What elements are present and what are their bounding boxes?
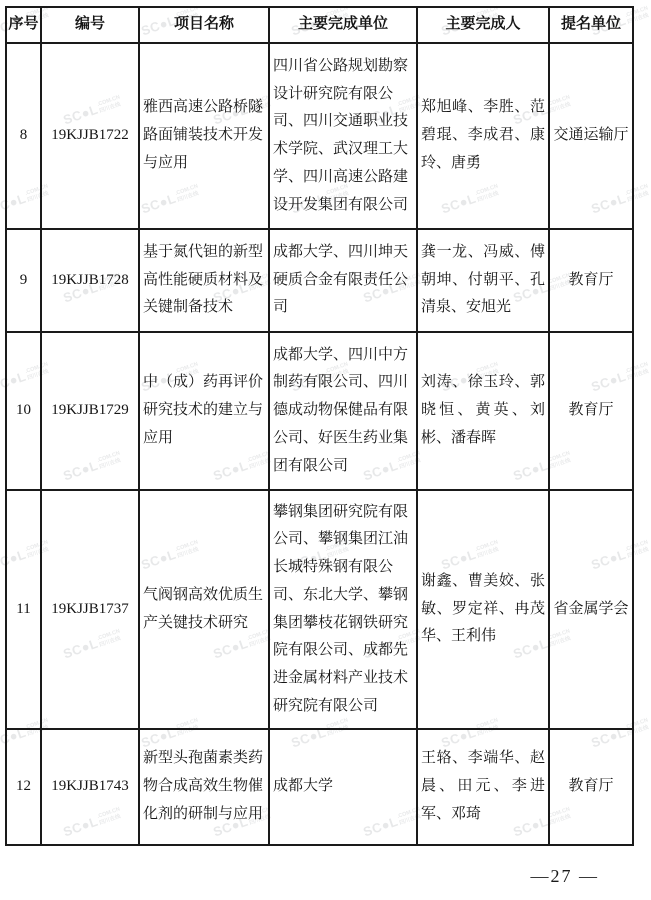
column-header-ppl: 主要完成人 <box>417 7 549 43</box>
cell-project: 基于氮代钽的新型高性能硬质材料及关键制备技术 <box>139 229 269 332</box>
table-row: 1019KJJB1729中（成）药再评价研究技术的建立与应用成都大学、四川中方制… <box>6 332 633 490</box>
cell-code: 19KJJB1722 <box>41 43 139 229</box>
cell-project: 雅西高速公路桥隧路面铺装技术开发与应用 <box>139 43 269 229</box>
table-row: 1219KJJB1743新型头孢菌素类药物合成高效生物催化剂的研制与应用成都大学… <box>6 729 633 845</box>
table-row: 819KJJB1722雅西高速公路桥隧路面铺装技术开发与应用四川省公路规划勘察设… <box>6 43 633 229</box>
cell-code: 19KJJB1729 <box>41 332 139 490</box>
page-number: —27 — <box>531 866 600 887</box>
award-table: 序号编号项目名称主要完成单位主要完成人提名单位 819KJJB1722雅西高速公… <box>5 6 634 846</box>
cell-units: 四川省公路规划勘察设计研究院有限公司、四川交通职业技术学院、武汉理工大学、四川高… <box>269 43 417 229</box>
cell-nominator: 省金属学会 <box>549 490 633 729</box>
cell-units: 攀钢集团研究院有限公司、攀钢集团江油长城特殊钢有限公司、东北大学、攀钢集团攀枝花… <box>269 490 417 729</box>
column-header-unit: 主要完成单位 <box>269 7 417 43</box>
table-row: 1119KJJB1737气阀钢高效优质生产关键技术研究攀钢集团研究院有限公司、攀… <box>6 490 633 729</box>
cell-nominator: 交通运输厅 <box>549 43 633 229</box>
table-header-row: 序号编号项目名称主要完成单位主要完成人提名单位 <box>6 7 633 43</box>
cell-nominator: 教育厅 <box>549 332 633 490</box>
table-row: 919KJJB1728基于氮代钽的新型高性能硬质材料及关键制备技术成都大学、四川… <box>6 229 633 332</box>
cell-nominator: 教育厅 <box>549 729 633 845</box>
document-page: SC●L.COM.CN四川在线SC●L.COM.CN四川在线SC●L.COM.C… <box>0 0 651 900</box>
column-header-code: 编号 <box>41 7 139 43</box>
column-header-proj: 项目名称 <box>139 7 269 43</box>
cell-people: 刘涛、徐玉玲、郭晓恒、黄英、刘彬、潘春晖 <box>417 332 549 490</box>
column-header-nom: 提名单位 <box>549 7 633 43</box>
cell-units: 成都大学、四川坤天硬质合金有限责任公司 <box>269 229 417 332</box>
cell-seq: 8 <box>6 43 41 229</box>
cell-people: 谢鑫、曹美姣、张敏、罗定祥、冉茂华、王利伟 <box>417 490 549 729</box>
cell-project: 中（成）药再评价研究技术的建立与应用 <box>139 332 269 490</box>
cell-units: 成都大学、四川中方制药有限公司、四川德成动物保健品有限公司、好医生药业集团有限公… <box>269 332 417 490</box>
cell-seq: 9 <box>6 229 41 332</box>
cell-code: 19KJJB1728 <box>41 229 139 332</box>
cell-people: 王辂、李端华、赵晨、田元、李进军、邓琦 <box>417 729 549 845</box>
cell-code: 19KJJB1743 <box>41 729 139 845</box>
cell-people: 郑旭峰、李胜、范碧琨、李成君、康玲、唐勇 <box>417 43 549 229</box>
cell-seq: 11 <box>6 490 41 729</box>
cell-nominator: 教育厅 <box>549 229 633 332</box>
cell-people: 龚一龙、冯威、傅朝坤、付朝平、孔清泉、安旭光 <box>417 229 549 332</box>
column-header-seq: 序号 <box>6 7 41 43</box>
cell-seq: 12 <box>6 729 41 845</box>
cell-code: 19KJJB1737 <box>41 490 139 729</box>
cell-project: 新型头孢菌素类药物合成高效生物催化剂的研制与应用 <box>139 729 269 845</box>
cell-project: 气阀钢高效优质生产关键技术研究 <box>139 490 269 729</box>
cell-seq: 10 <box>6 332 41 490</box>
cell-units: 成都大学 <box>269 729 417 845</box>
